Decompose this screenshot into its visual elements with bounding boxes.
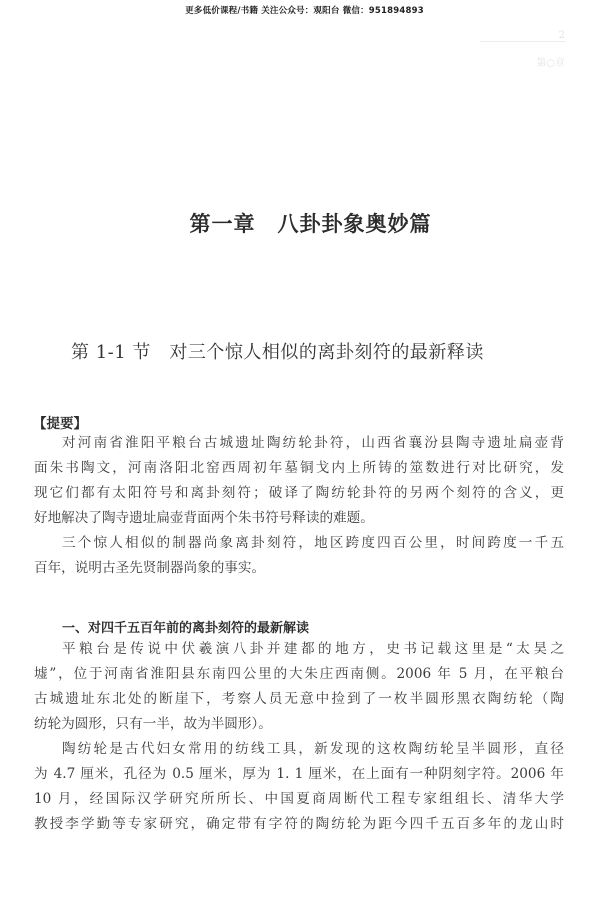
text-line: 教授李学勤等专家研究，确定带有字符的陶纺轮为距今四千五百多年的龙山时 [34, 812, 564, 837]
abstract-paragraph: 对河南省淮阳平粮台古城遗址陶纺轮卦符，山西省襄汾县陶寺遗址扁壶背 面朱书陶文，河… [34, 431, 564, 531]
text-line: 纺轮为圆形，只有一半，故为半圆形）。 [34, 712, 564, 737]
text-line: 对河南省淮阳平粮台古城遗址陶纺轮卦符，山西省襄汾县陶寺遗址扁壶背 [34, 431, 564, 456]
text-line: 三个惊人相似的制器尚象离卦刻符，地区跨度四百公里，时间跨度一千五 [34, 531, 564, 556]
watermark-banner: 更多低价课程/书籍 关注公众号：观阳台 微信：951894893 [0, 4, 609, 16]
text-line: 为 4.7 厘米，孔径为 0.5 厘米，厚为 1. 1 厘米，在上面有一种阴刻字… [34, 762, 564, 787]
abstract-paragraph: 三个惊人相似的制器尚象离卦刻符，地区跨度四百公里，时间跨度一千五 百年，说明古圣… [34, 531, 564, 581]
text-line: 陶纺轮是古代妇女常用的纺线工具，新发现的这枚陶纺轮呈半圆形，直径 [34, 737, 564, 762]
chapter-title: 第一章 八卦卦象奥妙篇 [0, 208, 609, 238]
page-corner-mark: 第○章 [536, 54, 565, 69]
text-line: 现它们都有太阳符号和离卦刻符；破译了陶纺轮卦符的另两个刻符的含义，更 [34, 481, 564, 506]
abstract-label: 【提要】 [33, 412, 87, 432]
section-title: 第 1-1 节 对三个惊人相似的离卦刻符的最新释读 [71, 338, 484, 364]
section-heading: 一、对四千五百年前的离卦刻符的最新解读 [62, 617, 309, 636]
text-line: 10 月，经国际汉学研究所所长、中国夏商周断代工程专家组组长、清华大学 [34, 787, 564, 812]
corner-divider [480, 41, 566, 42]
text-line: 好地解决了陶寺遗址扁壶背面两个朱书符号释读的难题。 [34, 506, 564, 531]
body-paragraph: 平粮台是传说中伏羲演八卦并建都的地方，史书记载这里是“太昊之 墟”，位于河南省淮… [34, 637, 564, 737]
text-line: 墟”，位于河南省淮阳县东南四公里的大朱庄西南侧。2006 年 5 月，在平粮台 [34, 662, 564, 687]
text-line: 百年，说明古圣先贤制器尚象的事实。 [34, 556, 564, 581]
page-corner-mark: 2 [559, 30, 565, 41]
text-line: 平粮台是传说中伏羲演八卦并建都的地方，史书记载这里是“太昊之 [34, 637, 564, 662]
text-line: 面朱书陶文，河南洛阳北窑西周初年墓铜戈内上所铸的筮数进行对比研究，发 [34, 456, 564, 481]
body-paragraph: 陶纺轮是古代妇女常用的纺线工具，新发现的这枚陶纺轮呈半圆形，直径 为 4.7 厘… [34, 737, 564, 837]
text-line: 古城遗址东北处的断崖下，考察人员无意中捡到了一枚半圆形黑衣陶纺轮（陶 [34, 687, 564, 712]
